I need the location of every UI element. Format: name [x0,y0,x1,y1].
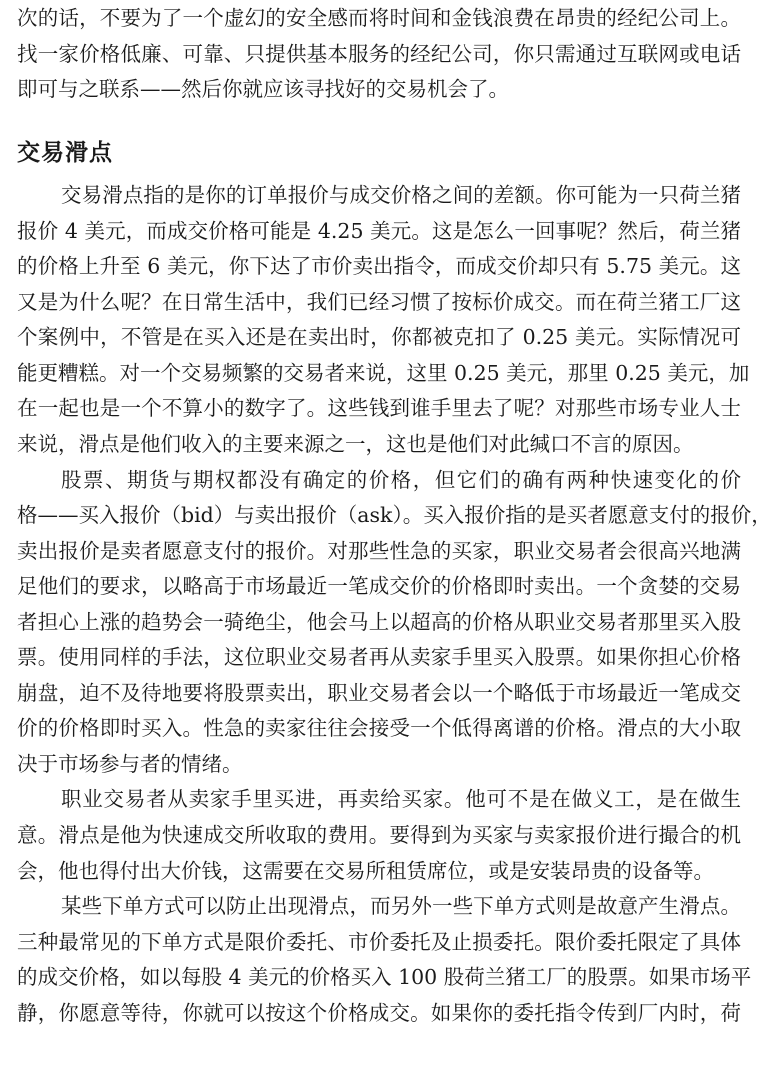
text-line: 即可与之联系——然后你就应该寻找好的交易机会了。 [17,74,741,104]
text-line: 报价 4 美元，而成交价格可能是 4.25 美元。这是怎么一回事呢？然后，荷兰猪 [17,216,741,246]
text-line: 静，你愿意等待，你就可以按这个价格成交。如果你的委托指令传到厂内时，荷 [17,998,741,1028]
text-line: 某些下单方式可以防止出现滑点，而另外一些下单方式则是故意产生滑点。 [61,891,741,921]
text-line: 者担心上涨的趋势会一骑绝尘，他会马上以超高的价格从职业交易者那里买入股 [17,607,741,637]
text-line: 的成交价格，如以每股 4 美元的价格买入 100 股荷兰猪工厂的股票。如果市场平 [17,962,741,992]
text-line: 意。滑点是他为快速成交所收取的费用。要得到为买家与卖家报价进行撮合的机 [17,820,741,850]
text-line: 职业交易者从卖家手里买进，再卖给买家。他可不是在做义工，是在做生 [61,784,741,814]
text-line: 股票、期货与期权都没有确定的价格，但它们的确有两种快速变化的价 [61,465,741,495]
text-line: 在一起也是一个不算小的数字了。这些钱到谁手里去了呢？对那些市场专业人士 [17,393,741,423]
text-line: 决于市场参与者的情绪。 [17,749,741,779]
text-line: 格——买入报价（bid）与卖出报价（ask）。买入报价指的是买者愿意支付的报价， [17,500,741,530]
text-line: 会，他也得付出大价钱，这需要在交易所租赁席位，或是安装昂贵的设备等。 [17,856,741,886]
text-line: 找一家价格低廉、可靠、只提供基本服务的经纪公司，你只需通过互联网或电话 [17,39,741,69]
section-heading: 交易滑点 [17,137,113,169]
text-line: 价的价格即时买入。性急的卖家往往会接受一个低得离谱的价格。滑点的大小取 [17,713,741,743]
text-line: 崩盘，迫不及待地要将股票卖出，职业交易者会以一个略低于市场最近一笔成交 [17,678,741,708]
text-line: 能更糟糕。对一个交易频繁的交易者来说，这里 0.25 美元，那里 0.25 美元… [17,358,741,388]
text-line: 又是为什么呢？在日常生活中，我们已经习惯了按标价成交。而在荷兰猪工厂这 [17,287,741,317]
text-line: 交易滑点指的是你的订单报价与成交价格之间的差额。你可能为一只荷兰猪 [61,180,741,210]
text-line: 卖出报价是卖者愿意支付的报价。对那些性急的买家，职业交易者会很高兴地满 [17,536,741,566]
text-line: 来说，滑点是他们收入的主要来源之一，这也是他们对此缄口不言的原因。 [17,429,741,459]
text-line: 三种最常见的下单方式是限价委托、市价委托及止损委托。限价委托限定了具体 [17,927,741,957]
text-line: 的价格上升至 6 美元，你下达了市价卖出指令，而成交价却只有 5.75 美元。这 [17,251,741,281]
text-line: 个案例中，不管是在买入还是在卖出时，你都被克扣了 0.25 美元。实际情况可 [17,322,741,352]
text-line: 足他们的要求，以略高于市场最近一笔成交价的价格即时卖出。一个贪婪的交易 [17,571,741,601]
text-line: 票。使用同样的手法，这位职业交易者再从卖家手里买入股票。如果你担心价格 [17,642,741,672]
text-line: 次的话，不要为了一个虚幻的安全感而将时间和金钱浪费在昂贵的经纪公司上。 [17,3,741,33]
